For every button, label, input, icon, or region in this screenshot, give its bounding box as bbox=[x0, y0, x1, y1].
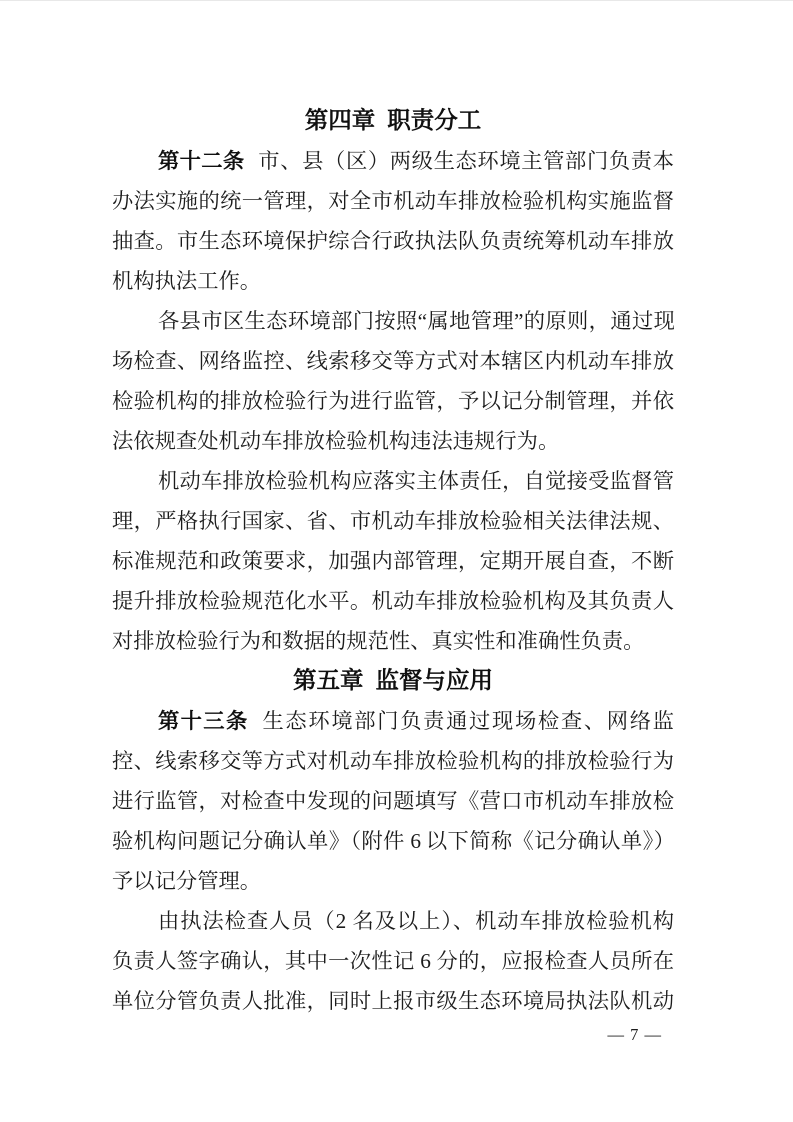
scan-edge-line bbox=[0, 0, 793, 1]
text-line: 提升排放检验规范化水平。机动车排放检验机构及其负责人 bbox=[112, 581, 674, 621]
text-line: 机动车排放检验机构应落实主体责任，自觉接受监督管 bbox=[112, 461, 674, 501]
text-line-content: 机动车排放检验机构应落实主体责任，自觉接受监督管 bbox=[158, 469, 674, 493]
text-line-content: 予以记分管理。 bbox=[112, 869, 261, 893]
chapter-number: 第五章 bbox=[293, 668, 364, 694]
text-line-content: 单位分管负责人批准，同时上报市级生态环境局执法队机动 bbox=[112, 989, 674, 1013]
text-line-content: 场检查、网络监控、线索移交等方式对本辖区内机动车排放 bbox=[112, 349, 674, 373]
text-line-content: 办法实施的统一管理，对全市机动车排放检验机构实施监督 bbox=[112, 189, 674, 213]
text-line: 抽查。市生态环境保护综合行政执法队负责统筹机动车排放 bbox=[112, 221, 674, 261]
text-line-content: 检验机构的排放检验行为进行监管，予以记分制管理，并依 bbox=[112, 389, 674, 413]
text-line: 控、线索移交等方式对机动车排放检验机构的排放检验行为 bbox=[112, 741, 674, 781]
text-line-content: 由执法检查人员（2 名及以上）、机动车排放检验机构 bbox=[158, 909, 674, 933]
text-line: 理，严格执行国家、省、市机动车排放检验相关法律法规、 bbox=[112, 501, 674, 541]
text-line-content: 法依规查处机动车排放检验机构违法违规行为。 bbox=[112, 429, 559, 453]
text-line-content: 验机构问题记分确认单》（附件 6 以下简称《记分确认单》） bbox=[112, 829, 674, 853]
text-line: 对排放检验行为和数据的规范性、真实性和准确性负责。 bbox=[112, 621, 674, 661]
text-line: 机构执法工作。 bbox=[112, 261, 674, 301]
article-12-label: 第十二条 bbox=[158, 149, 244, 173]
text-line-content: 负责人签字确认，其中一次性记 6 分的，应报检查人员所在 bbox=[112, 949, 674, 973]
text-line-content: 生态环境部门负责通过现场检查、网络监 bbox=[262, 709, 674, 733]
chapter-number: 第四章 bbox=[305, 108, 376, 134]
text-line-content: 提升排放检验规范化水平。机动车排放检验机构及其负责人 bbox=[112, 589, 674, 613]
text-line: 第十三条生态环境部门负责通过现场检查、网络监 bbox=[112, 701, 674, 741]
text-line: 验机构问题记分确认单》（附件 6 以下简称《记分确认单》） bbox=[112, 821, 674, 861]
text-line: 标准规范和政策要求，加强内部管理，定期开展自查，不断 bbox=[112, 541, 674, 581]
page-number: — 7 — bbox=[608, 1024, 663, 1046]
text-line-content: 各县市区生态环境部门按照“属地管理”的原则，通过现 bbox=[158, 309, 674, 333]
text-line-content: 理，严格执行国家、省、市机动车排放检验相关法律法规、 bbox=[112, 509, 674, 533]
text-line: 单位分管负责人批准，同时上报市级生态环境局执法队机动 bbox=[112, 981, 674, 1021]
text-line: 办法实施的统一管理，对全市机动车排放检验机构实施监督 bbox=[112, 181, 674, 221]
chapter-title: 监督与应用 bbox=[376, 668, 494, 694]
text-line: 第十二条市、县（区）两级生态环境主管部门负责本 bbox=[112, 141, 674, 181]
article-13-label: 第十三条 bbox=[158, 709, 249, 733]
text-line-content: 对排放检验行为和数据的规范性、真实性和准确性负责。 bbox=[112, 629, 644, 653]
text-line: 进行监管，对检查中发现的问题填写《营口市机动车排放检 bbox=[112, 781, 674, 821]
text-line-content: 市、县（区）两级生态环境主管部门负责本 bbox=[258, 149, 674, 173]
text-line-content: 抽查。市生态环境保护综合行政执法队负责统筹机动车排放 bbox=[112, 229, 674, 253]
text-line: 各县市区生态环境部门按照“属地管理”的原则，通过现 bbox=[112, 301, 674, 341]
text-line-content: 机构执法工作。 bbox=[112, 269, 261, 293]
chapter-4-heading: 第四章职责分工 bbox=[112, 101, 674, 141]
chapter-5-heading: 第五章监督与应用 bbox=[112, 661, 674, 701]
text-line: 检验机构的排放检验行为进行监管，予以记分制管理，并依 bbox=[112, 381, 674, 421]
text-line: 场检查、网络监控、线索移交等方式对本辖区内机动车排放 bbox=[112, 341, 674, 381]
text-line: 法依规查处机动车排放检验机构违法违规行为。 bbox=[112, 421, 674, 461]
document-page: 第四章职责分工 第十二条市、县（区）两级生态环境主管部门负责本 办法实施的统一管… bbox=[0, 0, 793, 1122]
text-line: 由执法检查人员（2 名及以上）、机动车排放检验机构 bbox=[112, 901, 674, 941]
document-body: 第四章职责分工 第十二条市、县（区）两级生态环境主管部门负责本 办法实施的统一管… bbox=[112, 101, 674, 1021]
text-line: 予以记分管理。 bbox=[112, 861, 674, 901]
text-line-content: 控、线索移交等方式对机动车排放检验机构的排放检验行为 bbox=[112, 749, 674, 773]
text-line-content: 标准规范和政策要求，加强内部管理，定期开展自查，不断 bbox=[112, 549, 674, 573]
text-line-content: 进行监管，对检查中发现的问题填写《营口市机动车排放检 bbox=[112, 789, 674, 813]
chapter-title: 职责分工 bbox=[387, 108, 481, 134]
text-line: 负责人签字确认，其中一次性记 6 分的，应报检查人员所在 bbox=[112, 941, 674, 981]
